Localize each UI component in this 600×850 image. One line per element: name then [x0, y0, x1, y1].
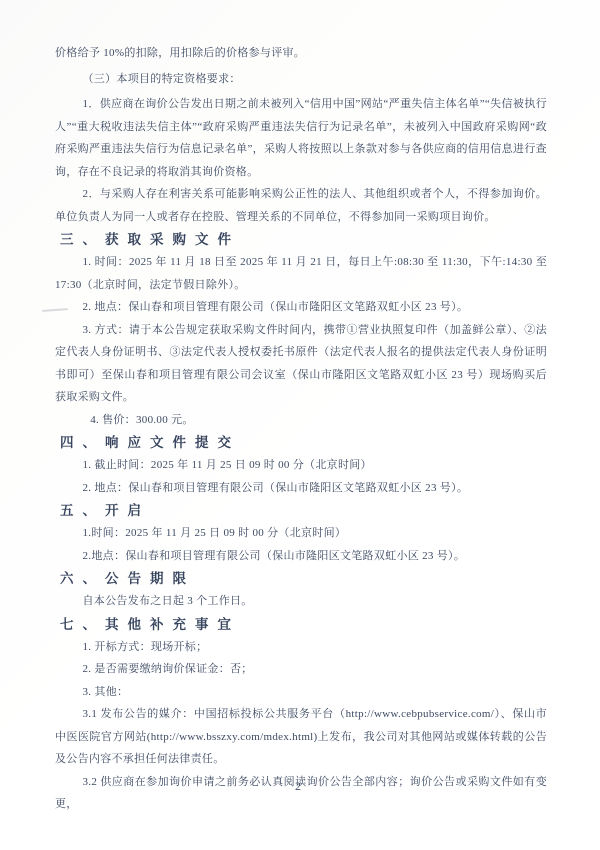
response-location-item: 2. 地点：保山春和项目管理有限公司（保山市隆阳区文笔路双虹小区 23 号）。	[55, 477, 547, 500]
other-label-item: 3. 其他：	[55, 681, 547, 704]
opening-time-item: 1.时间：2025 年 11 月 25 日 09 时 00 分（北京时间）	[55, 522, 547, 545]
scanned-document-page: 价格给予 10%的扣除，用扣除后的价格参与评审。 （三）本项目的特定资格要求： …	[0, 0, 600, 850]
deposit-requirement-item: 2. 是否需要缴纳询价保证金：否；	[55, 658, 547, 681]
page-number: 2	[0, 779, 596, 794]
publication-media-item: 3.1 发布公告的媒介：中国招标投标公共服务平台（http://www.cebp…	[55, 703, 547, 771]
clause-three-subheading: （三）本项目的特定资格要求：	[55, 68, 547, 91]
section-title-other-matters: 七、其他补充事宜	[55, 613, 547, 636]
obtain-documents-method-item: 3. 方式：请于本公告规定获取采购文件时间内，携带①营业执照复印件（加盖鲜公章）…	[55, 319, 547, 409]
obtain-documents-price-item: 4. 售价：300.00 元。	[55, 409, 547, 432]
announcement-period-item: 自本公告发布之日起 3 个工作日。	[55, 590, 547, 613]
obtain-documents-time-item: 1. 时间：2025 年 11 月 18 日至 2025 年 11 月 21 日…	[55, 251, 547, 296]
obtain-documents-location-item: 2. 地点：保山春和项目管理有限公司（保山市隆阳区文笔路双虹小区 23 号）。	[55, 296, 547, 319]
section-title-obtain-documents: 三、获取采购文件	[55, 228, 547, 251]
section-title-opening: 五、开启	[55, 499, 547, 522]
opening-location-item: 2.地点：保山春和项目管理有限公司（保山市隆阳区文笔路双虹小区 23 号）。	[55, 545, 547, 568]
conflict-of-interest-paragraph: 2．与采购人存在利害关系可能影响采购公正性的法人、其他组织或者个人，不得参加询价…	[55, 183, 547, 228]
response-deadline-item: 1. 截止时间：2025 年 11 月 25 日 09 时 00 分（北京时间）	[55, 454, 547, 477]
section-title-announcement-period: 六、公告期限	[55, 567, 547, 590]
continued-paragraph: 价格给予 10%的扣除，用扣除后的价格参与评审。	[55, 42, 547, 65]
bid-opening-method-item: 1. 开标方式：现场开标；	[55, 636, 547, 659]
supplier-credit-requirement-paragraph: 1．供应商在询价公告发出日期之前未被列入“信用中国”网站“严重失信主体名单”“失…	[55, 93, 547, 183]
document-body: 价格给予 10%的扣除，用扣除后的价格参与评审。 （三）本项目的特定资格要求： …	[55, 42, 547, 816]
section-title-response-submission: 四、响应文件提交	[55, 431, 547, 454]
